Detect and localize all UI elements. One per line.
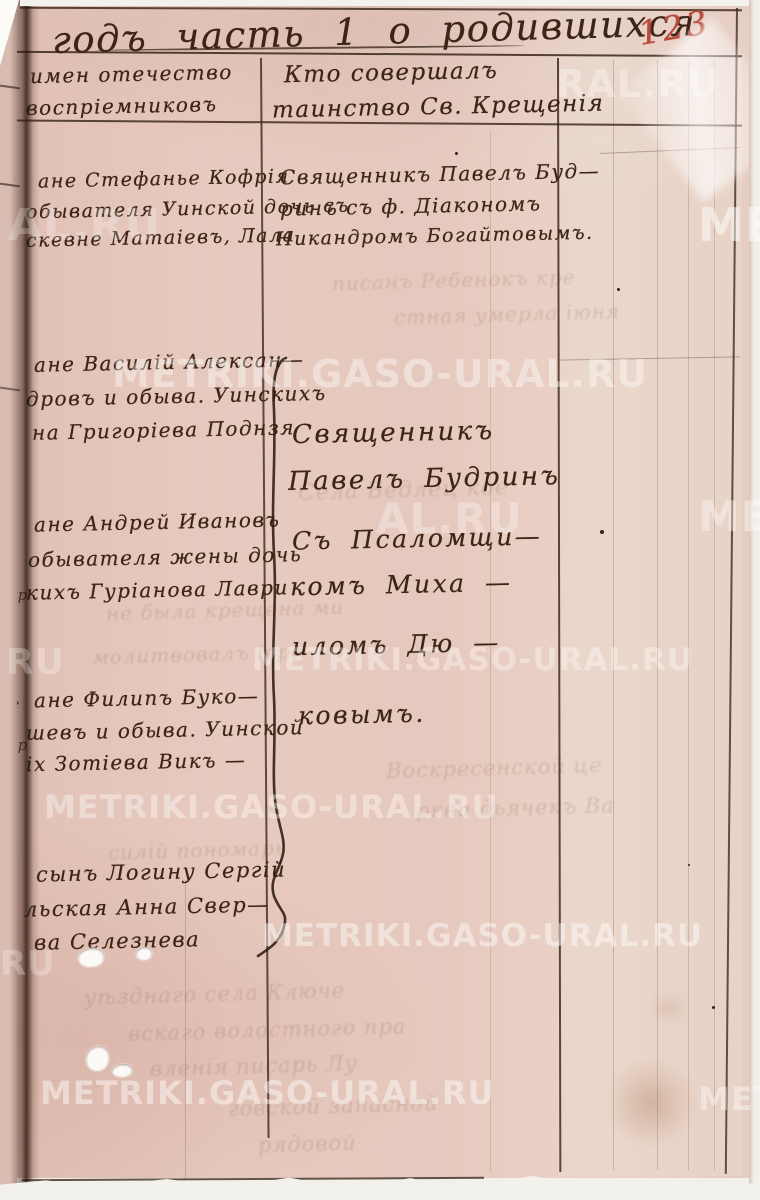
officiant-block-line-6: ковымъ. bbox=[298, 699, 426, 731]
ink-speck bbox=[688, 864, 690, 866]
officiant-block-line-4: комъ Миха — bbox=[290, 568, 513, 602]
backing-right-edge bbox=[749, 0, 760, 1200]
backing-top-edge bbox=[20, 0, 760, 6]
ink-speck bbox=[712, 1006, 715, 1009]
paper-stain-small bbox=[648, 990, 688, 1026]
officiant-block-line-5: иломъ Дю — bbox=[292, 628, 501, 661]
paper-hole bbox=[136, 947, 152, 960]
ink-speck bbox=[455, 152, 458, 155]
bleedthrough-line: рядовой bbox=[258, 1131, 357, 1158]
bleed-vertical-1 bbox=[613, 60, 614, 1170]
officiant-block-line-1: Священникъ bbox=[292, 416, 495, 450]
entry-5-godparents-line-3: ва Селезнева bbox=[34, 927, 201, 954]
ink-brace bbox=[248, 352, 308, 962]
bleed-vertical-2 bbox=[657, 60, 658, 1170]
ink-speck bbox=[600, 530, 604, 534]
column-header-godparents-line-2: воспріемниковъ bbox=[26, 92, 218, 120]
bleed-vertical-6 bbox=[185, 880, 186, 1180]
column-header-officiant-line-1: Кто совершалъ bbox=[284, 58, 499, 88]
scanned-metric-book-page: писанъ Ребенокъ кре стная умерла іюня Се… bbox=[0, 0, 760, 1200]
officiant-block-line-3: Съ Псаломщи— bbox=[292, 521, 543, 555]
paper-hole bbox=[86, 1046, 109, 1071]
entry-4-godparents-line-1: ане Филипъ Буко— bbox=[34, 684, 260, 713]
entry-5-godparents-line-2: льская Анна Свер— bbox=[24, 892, 270, 921]
paper-stain bbox=[606, 1058, 696, 1148]
bleed-vertical-4 bbox=[714, 60, 715, 1170]
binding-gutter-shadow bbox=[10, 0, 40, 1200]
column-header-godparents-line-1: имен отечество bbox=[30, 60, 233, 88]
officiant-block-line-2: Павелъ Будринъ bbox=[288, 461, 561, 497]
ink-speck bbox=[617, 288, 620, 291]
paper-hole bbox=[78, 948, 104, 967]
entry-4-godparents-line-3: іх Зотіева Викъ — bbox=[26, 748, 247, 777]
bleed-vertical-3 bbox=[688, 60, 689, 1170]
paper-hole bbox=[112, 1064, 132, 1077]
